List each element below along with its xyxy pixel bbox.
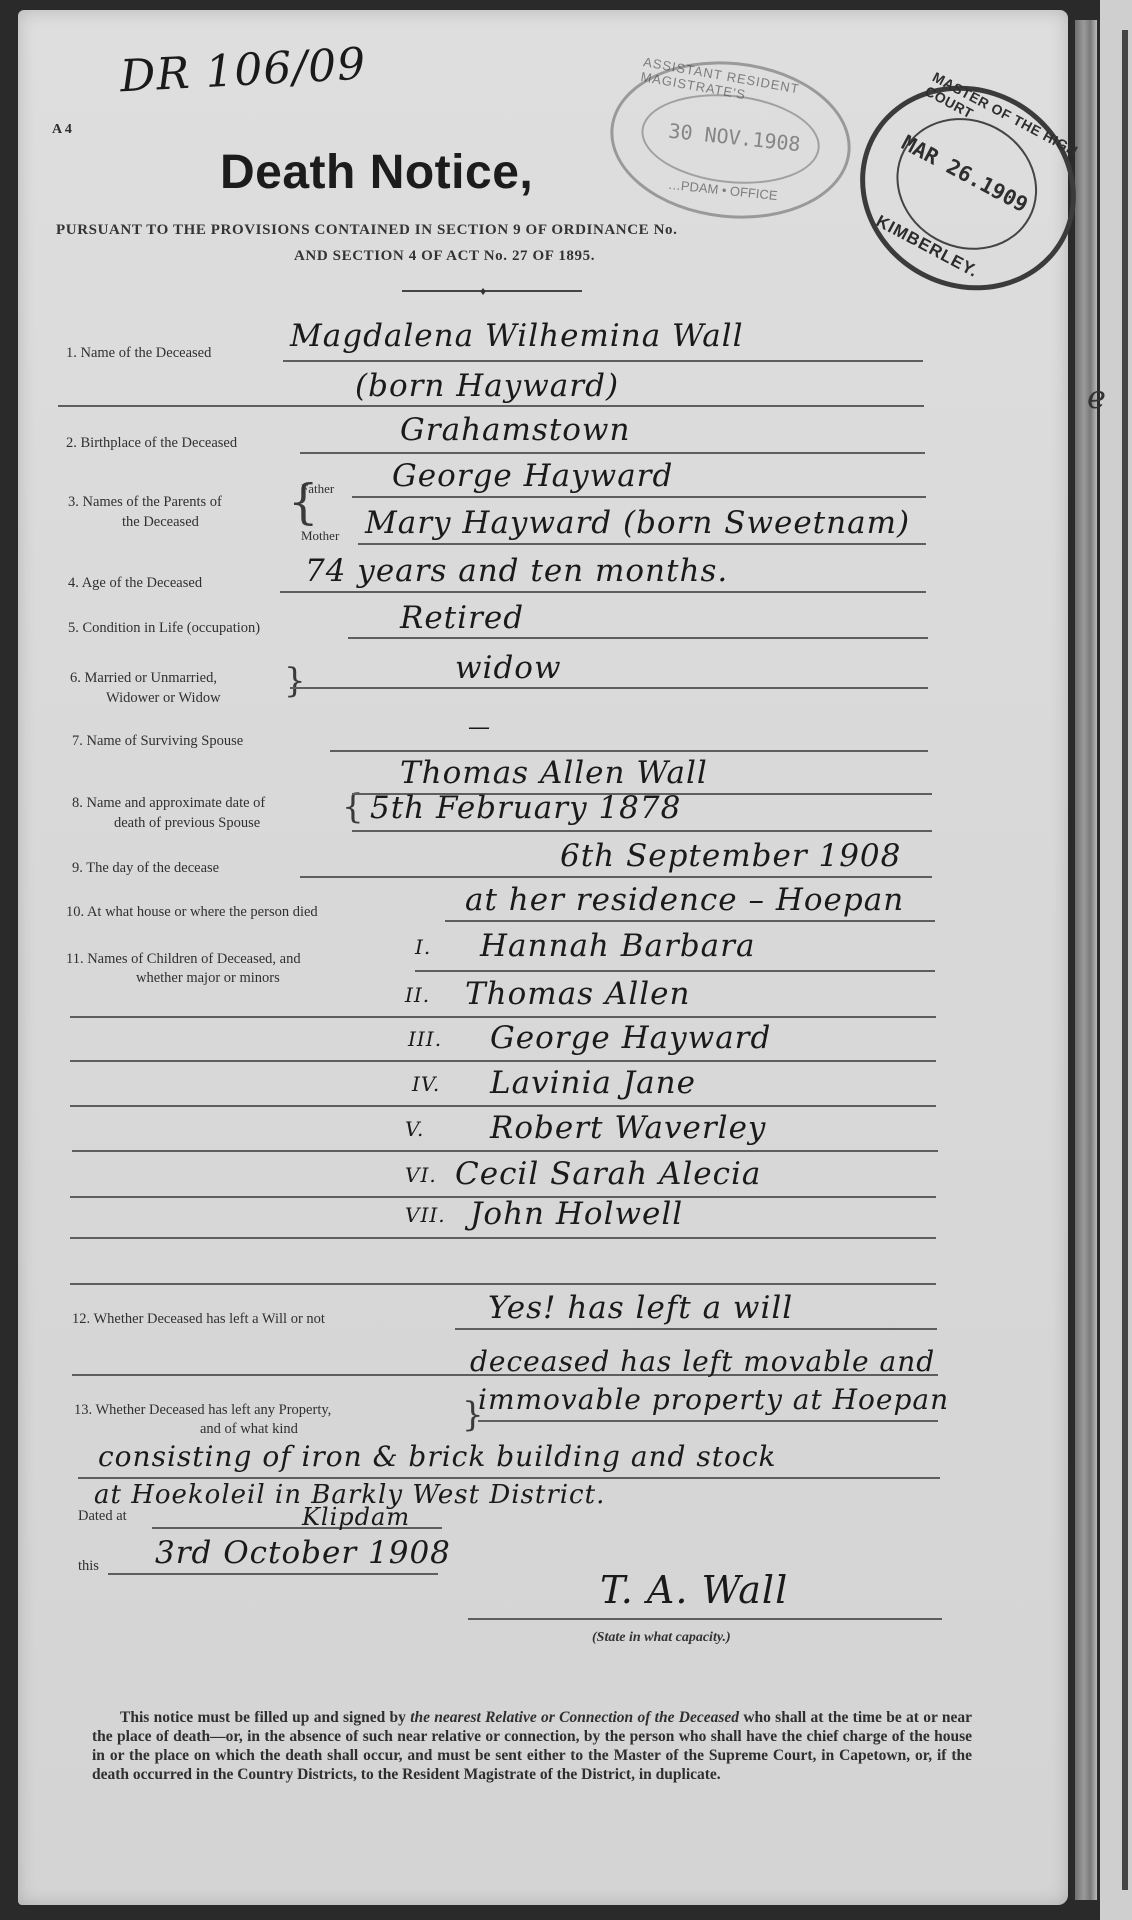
instructions-text-italic: the nearest Relative or Connection of th… — [410, 1709, 739, 1726]
field-10-value: at her residence – Hoepan — [465, 882, 904, 918]
field-4-label: 4. Age of the Deceased — [68, 575, 202, 592]
field-10-label: 10. At what house or where the person di… — [66, 904, 318, 921]
this-line — [108, 1573, 438, 1575]
child-numeral: II. — [405, 983, 430, 1007]
dated-at-value: Klipdam — [302, 1503, 410, 1531]
field-8-value: Thomas Allen Wall — [400, 755, 708, 791]
field-13-label-2: and of what kind — [200, 1421, 298, 1438]
field-6-brace: } — [284, 664, 306, 698]
child-line — [72, 1150, 938, 1152]
child-line — [70, 1105, 936, 1107]
field-1-value: Magdalena Wilhemina Wall — [290, 318, 744, 354]
field-6-line — [290, 687, 928, 689]
child-numeral: I. — [415, 935, 431, 959]
field-13-label-1: 13. Whether Deceased has left any Proper… — [74, 1402, 331, 1419]
field-6-label-2: Widower or Widow — [106, 690, 221, 707]
field-1-line-2 — [58, 405, 924, 407]
field-5-line — [348, 637, 928, 639]
child-name: Thomas Allen — [465, 976, 690, 1012]
signature-line — [468, 1618, 942, 1620]
child-name: George Hayward — [490, 1020, 771, 1056]
child-numeral: V. — [405, 1117, 424, 1141]
field-8-value-2: 5th February 1878 — [370, 790, 681, 826]
child-numeral: IV. — [412, 1072, 440, 1096]
field-11-label-2: whether major or minors — [136, 970, 280, 987]
field-1-value-2: (born Hayward) — [355, 368, 619, 404]
child-numeral: VI. — [405, 1163, 437, 1187]
father-label: Father — [301, 481, 334, 497]
mother-label: Mother — [301, 528, 339, 544]
child-name: Robert Waverley — [490, 1110, 766, 1146]
child-line — [415, 970, 935, 972]
field-13-value-2: immovable property at Hoepan — [478, 1383, 949, 1416]
field-13-line-2 — [78, 1477, 940, 1479]
field-13-value-3: consisting of iron & brick building and … — [98, 1440, 777, 1473]
mother-line — [358, 543, 926, 545]
page-title: Death Notice, — [220, 145, 533, 200]
mother-value: Mary Hayward (born Sweetnam) — [365, 505, 910, 541]
field-8-line-2 — [352, 830, 932, 832]
field-8-label-1: 8. Name and approximate date of — [72, 795, 265, 812]
capacity-label: (State in what capacity.) — [592, 1630, 731, 1646]
page-edge-shadow — [1122, 30, 1128, 1890]
this-value: 3rd October 1908 — [155, 1535, 451, 1571]
field-1-line — [283, 360, 923, 362]
field-9-value: 6th September 1908 — [560, 838, 901, 874]
field-4-line — [280, 591, 926, 593]
field-6-value: widow — [455, 650, 562, 686]
signature: T. A. Wall — [600, 1568, 788, 1612]
field-6-label-1: 6. Married or Unmarried, — [70, 670, 217, 687]
field-8-label-2: death of previous Spouse — [114, 815, 260, 832]
field-3-label-1: 3. Names of the Parents of — [68, 494, 222, 511]
field-2-label: 2. Birthplace of the Deceased — [66, 435, 237, 452]
field-10-line — [445, 920, 935, 922]
field-12-value: Yes! has left a will — [488, 1290, 793, 1326]
field-3-label-2: the Deceased — [122, 514, 199, 531]
field-2-line — [300, 452, 925, 454]
field-13-line — [478, 1420, 938, 1422]
child-name: John Holwell — [470, 1196, 683, 1232]
dated-at-label: Dated at — [78, 1508, 127, 1525]
field-11-label-1: 11. Names of Children of Deceased, and — [66, 951, 301, 968]
field-7-label: 7. Name of Surviving Spouse — [72, 733, 243, 750]
field-5-label: 5. Condition in Life (occupation) — [68, 620, 260, 637]
father-value: George Hayward — [392, 458, 673, 494]
child-line — [70, 1237, 936, 1239]
blank-line — [70, 1283, 936, 1285]
child-numeral: III. — [408, 1027, 442, 1051]
subtitle-line-1: PURSUANT TO THE PROVISIONS CONTAINED IN … — [56, 222, 678, 239]
child-name: Lavinia Jane — [490, 1065, 696, 1101]
field-13-value-1: deceased has left movable and — [470, 1345, 935, 1378]
field-9-line — [300, 876, 932, 878]
this-label: this — [78, 1558, 99, 1575]
field-1-label: 1. Name of the Deceased — [66, 345, 211, 362]
child-name: Hannah Barbara — [480, 928, 755, 964]
field-12-line — [455, 1328, 937, 1330]
child-name: Cecil Sarah Alecia — [455, 1156, 761, 1192]
instructions-text-a: This notice must be filled up and signed… — [120, 1709, 410, 1726]
ornament-rule — [402, 290, 582, 292]
field-8-brace: { — [342, 790, 364, 824]
field-4-value: 74 years and ten months. — [305, 553, 728, 589]
field-2-value: Grahamstown — [400, 412, 630, 448]
form-code: A 4 — [52, 122, 72, 138]
child-numeral: VII. — [405, 1203, 446, 1227]
instructions-paragraph: This notice must be filled up and signed… — [92, 1708, 972, 1784]
child-line — [70, 1060, 936, 1062]
field-7-line — [330, 750, 928, 752]
subtitle-line-2: AND SECTION 4 OF ACT No. 27 OF 1895. — [294, 248, 595, 265]
margin-mark: e — [1087, 378, 1106, 416]
father-line — [352, 496, 926, 498]
field-12-label: 12. Whether Deceased has left a Will or … — [72, 1311, 325, 1328]
field-9-label: 9. The day of the decease — [72, 860, 219, 877]
field-7-value: — — [468, 715, 491, 740]
ornament-diamond-icon: ♦ — [480, 284, 486, 299]
field-5-value: Retired — [400, 600, 524, 636]
binding-strip — [1075, 20, 1097, 1900]
child-line — [70, 1016, 936, 1018]
